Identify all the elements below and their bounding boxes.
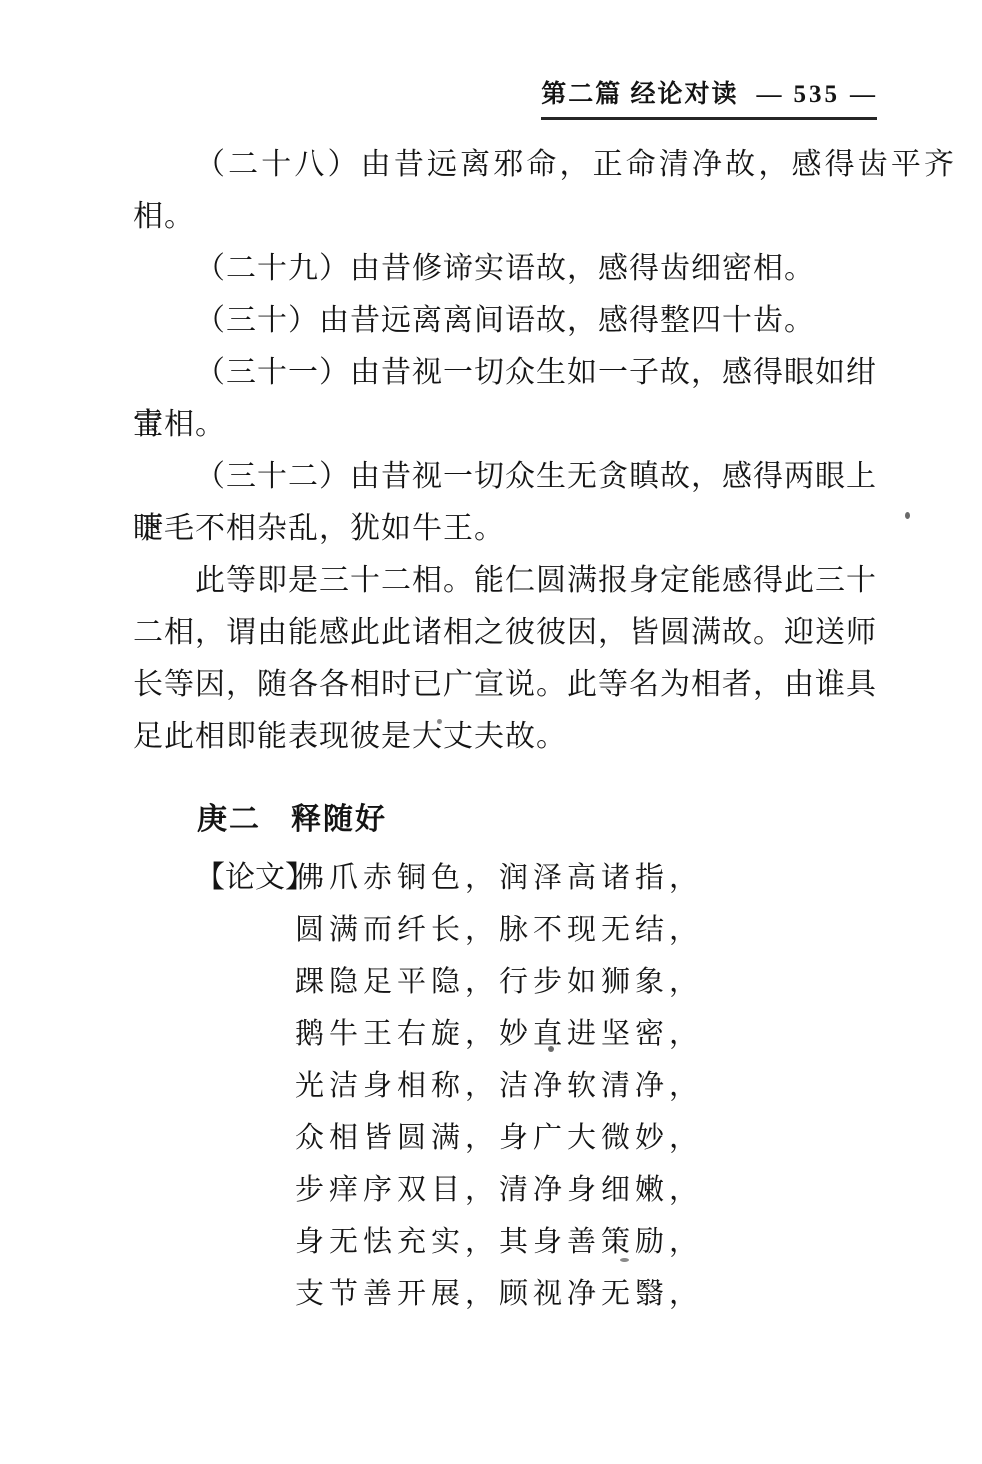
verse-lines: 佛爪赤铜色，润泽高诸指， 圆满而纤长，脉不现无结， 踝隐足平隐，行步如狮象， 鹅… (295, 852, 877, 1320)
verse-line: 圆满而纤长，脉不现无结， (295, 904, 877, 956)
body-paragraph: （二十九）由昔修谛实语故，感得齿细密相。 (133, 243, 877, 295)
page-header: 第二篇 经论对读—535— (541, 74, 877, 120)
page-number: 535 (794, 81, 841, 108)
body-line: （三十二）由昔视一切众生无贪瞋故，感得两眼上下 (133, 451, 877, 503)
scan-speck (437, 719, 442, 724)
body-line: 二相，谓由能感此此诸相之彼彼因，皆圆满故。迎送师 (133, 607, 877, 659)
text-column: （二十八）由昔远离邪命，正命清净故，感得齿平齐 相。 （二十九）由昔修谛实语故，… (133, 139, 877, 1320)
section-heading-number: 庚二 (197, 803, 261, 836)
verse-line: 光洁身相称，洁净软清净， (295, 1060, 877, 1112)
body-line: 此等即是三十二相。能仁圆满报身定能感得此三十 (133, 555, 877, 607)
scan-speck (620, 1258, 629, 1262)
verse-line: 佛爪赤铜色，润泽高诸指， (295, 852, 877, 904)
verse-block: 【论文】 佛爪赤铜色，润泽高诸指， 圆满而纤长，脉不现无结， 踝隐足平隐，行步如… (195, 852, 877, 1320)
body-line: （二十九）由昔修谛实语故，感得齿细密相。 (133, 243, 877, 295)
book-page: 第二篇 经论对读—535— （二十八）由昔远离邪命，正命清净故，感得齿平齐 相。… (0, 0, 982, 1464)
body-line: 长等因，随各各相时已广宣说。此等名为相者，由谁具 (133, 659, 877, 711)
body-paragraph: （三十二）由昔视一切众生无贪瞋故，感得两眼上下 睫毛不相杂乱，犹如牛王。 (133, 451, 877, 555)
section-heading-title: 释随好 (291, 803, 387, 836)
header-section-title: 第二篇 经论对读 (541, 81, 738, 108)
verse-line: 踝隐足平隐，行步如狮象， (295, 956, 877, 1008)
verse-line: 步痒序双目，清净身细嫩， (295, 1164, 877, 1216)
scan-speck (548, 1046, 554, 1052)
verse-label: 【论文】 (195, 852, 295, 904)
body-paragraph: （二十八）由昔远离邪命，正命清净故，感得齿平齐 相。 (133, 139, 877, 243)
verse-line: 支节善开展，顾视净无翳， (295, 1268, 877, 1320)
verse-line: 鹅牛王右旋，妙直进坚密， (295, 1008, 877, 1060)
body-line: 相。 (133, 191, 877, 243)
body-paragraph: （三十）由昔远离离间语故，感得整四十齿。 (133, 295, 877, 347)
header-dash-left: — (757, 81, 784, 108)
body-paragraph: （三十一）由昔视一切众生如一子故，感得眼如绀青 宝相。 (133, 347, 877, 451)
body-line: （三十一）由昔视一切众生如一子故，感得眼如绀青 (133, 347, 877, 399)
verse-line: 身无怯充实，其身善策励， (295, 1216, 877, 1268)
body-line: 宝相。 (133, 399, 877, 451)
body-line: 足此相即能表现彼是大丈夫故。 (133, 711, 877, 763)
body-line: （三十）由昔远离离间语故，感得整四十齿。 (133, 295, 877, 347)
body-line: 睫毛不相杂乱，犹如牛王。 (133, 503, 877, 555)
verse-line: 众相皆圆满，身广大微妙， (295, 1112, 877, 1164)
body-paragraph: 此等即是三十二相。能仁圆满报身定能感得此三十 二相，谓由能感此此诸相之彼彼因，皆… (133, 555, 877, 763)
header-dash-right: — (850, 81, 877, 108)
body-line: （二十八）由昔远离邪命，正命清净故，感得齿平齐 (133, 139, 955, 191)
section-heading: 庚二释随好 (197, 794, 877, 846)
scan-speck (905, 512, 910, 519)
